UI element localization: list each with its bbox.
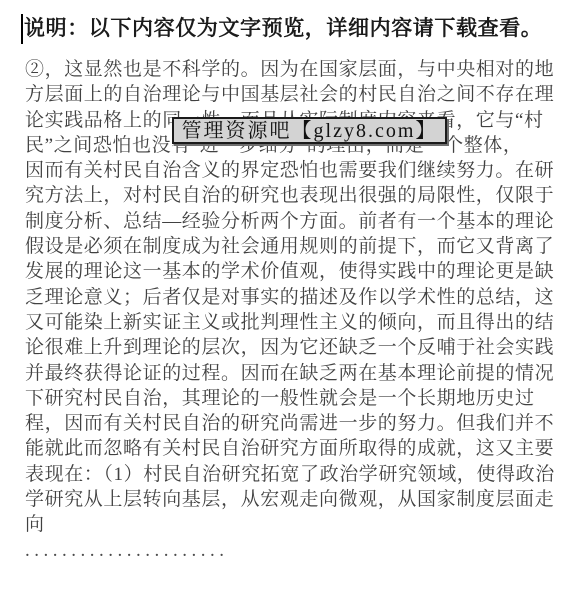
text-line: ......................: [25, 538, 565, 563]
watermark-stamp: 管理资源吧【glzy8.com】: [172, 117, 447, 144]
text-line: 能就此而忽略有关村民自治研究方面所取得的成就，这又主要: [25, 436, 565, 461]
text-line: 方层面上的自治理论与中国基层社会的村民自治之间不存在理: [25, 82, 565, 107]
text-cursor: [21, 14, 23, 44]
document-preview-page: 说明：以下内容仅为文字预览，详细内容请下载查看。 ②，这显然也是不科学的。因为在…: [0, 0, 578, 600]
text-line: 假设是必须在制度成为社会通用规则的前提下，而它又背离了: [25, 234, 565, 259]
text-line: 制度分析、总结—经验分析两个方面。前者有一个基本的理论: [25, 209, 565, 234]
text-line: 程，因而有关村民自治的研究尚需进一步的努力。但我们并不: [25, 411, 565, 436]
text-line: 发展的理论这一基本的学术价值观，使得实践中的理论更是缺: [25, 259, 565, 284]
text-line: 乏理论意义；后者仅是对事实的描述及作以学术性的总结，这: [25, 285, 565, 310]
text-line: 并最终获得论证的过程。因而在缺乏两在基本理论前提的情况: [25, 361, 565, 386]
text-line: 论很难上升到理论的层次，因为它还缺乏一个反哺于社会实践: [25, 335, 565, 360]
text-line: 向: [25, 512, 565, 537]
text-line: 究方法上，对村民自治的研究也表现出很强的局限性，仅限于: [25, 183, 565, 208]
text-line: 因而有关村民自治含义的界定恐怕也需要我们继续努力。在研: [25, 158, 565, 183]
watermark-label: 管理资源吧【glzy8.com】: [182, 121, 438, 141]
preview-notice: 说明：以下内容仅为文字预览，详细内容请下载查看。: [24, 14, 542, 44]
text-line: 下研究村民自治，其理论的一般性就会是一个长期地历史过: [25, 386, 565, 411]
text-line: 表现在：（1）村民自治研究拓宽了政治学研究领域，使得政治: [25, 462, 565, 487]
text-line: 学研究从上层转向基层，从宏观走向微观，从国家制度层面走: [25, 487, 565, 512]
text-line: ②，这显然也是不科学的。因为在国家层面，与中央相对的地: [25, 57, 565, 82]
text-line: 又可能染上新实证主义或批判理性主义的倾向，而且得出的结: [25, 310, 565, 335]
